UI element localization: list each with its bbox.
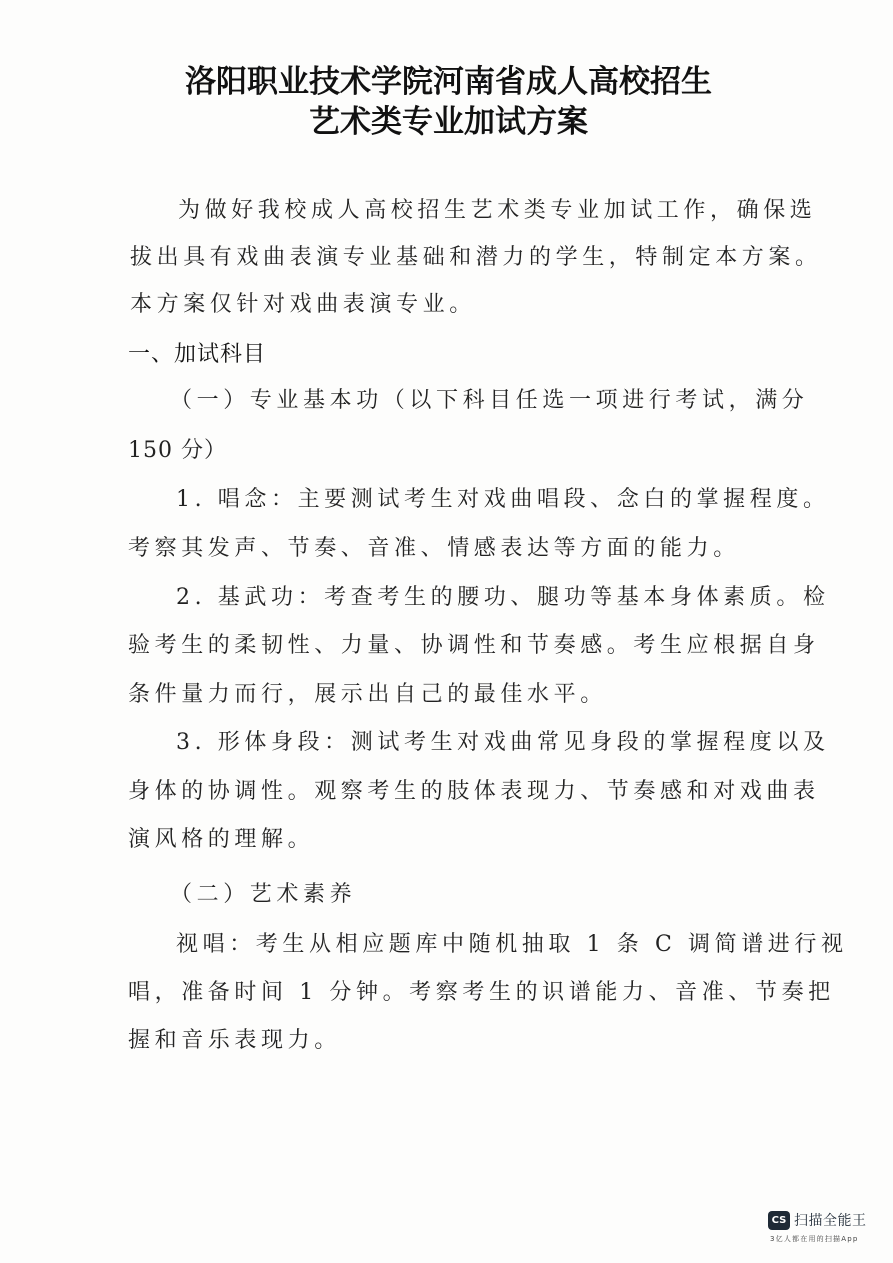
camscanner-logo-icon: CS <box>768 1211 790 1230</box>
intro-line-2: 拔出具有戏曲表演专业基础和潜力的学生，特制定本方案。 <box>130 243 822 273</box>
sight-singing-line-1: 视唱：考生从相应题库中随机抽取 1 条 C 调简谱进行视 <box>176 930 848 960</box>
item-1-line-2: 考察其发声、节奏、音准、情感表达等方面的能力。 <box>128 534 740 564</box>
item-3-line-1: 3. 形体身段：测试考生对戏曲常见身段的掌握程度以及 <box>176 728 830 758</box>
watermark-app-name: 扫描全能王 <box>794 1210 867 1230</box>
sight-singing-line-3: 握和音乐表现力。 <box>128 1026 341 1056</box>
subsection-1-line-2: 150 分） <box>128 436 227 466</box>
section-heading-exam-subjects: 一、加试科目 <box>128 340 266 370</box>
item-2-line-1: 2. 基武功：考查考生的腰功、腿功等基本身体素质。检 <box>176 583 830 613</box>
intro-line-3: 本方案仅针对戏曲表演专业。 <box>130 290 476 320</box>
item-3-line-3: 演风格的理解。 <box>128 825 314 855</box>
sight-singing-line-2: 唱，准备时间 1 分钟。考察考生的识谱能力、音准、节奏把 <box>128 978 835 1008</box>
watermark-tagline: 3亿人都在用的扫描App <box>768 1234 888 1244</box>
subsection-2-heading: （二）艺术素养 <box>170 880 356 910</box>
camscanner-watermark: CS 扫描全能王 3亿人都在用的扫描App <box>768 1210 888 1244</box>
subsection-1-line-1: （一）专业基本功（以下科目任选一项进行考试，满分 <box>170 386 808 416</box>
item-3-line-2: 身体的协调性。观察考生的肢体表现力、节奏感和对戏曲表 <box>128 777 820 807</box>
item-2-line-2: 验考生的柔韧性、力量、协调性和节奏感。考生应根据自身 <box>128 631 820 661</box>
document-title-line-1: 洛阳职业技术学院河南省成人高校招生 <box>2 62 893 102</box>
item-1-line-1: 1. 唱念：主要测试考生对戏曲唱段、念白的掌握程度。 <box>176 485 830 515</box>
item-2-line-3: 条件量力而行，展示出自己的最佳水平。 <box>128 680 607 710</box>
scanned-page: 洛阳职业技术学院河南省成人高校招生 艺术类专业加试方案 为做好我校成人高校招生艺… <box>0 0 893 1263</box>
intro-line-1: 为做好我校成人高校招生艺术类专业加试工作，确保选 <box>178 196 816 226</box>
document-title-line-2: 艺术类专业加试方案 <box>2 102 893 142</box>
